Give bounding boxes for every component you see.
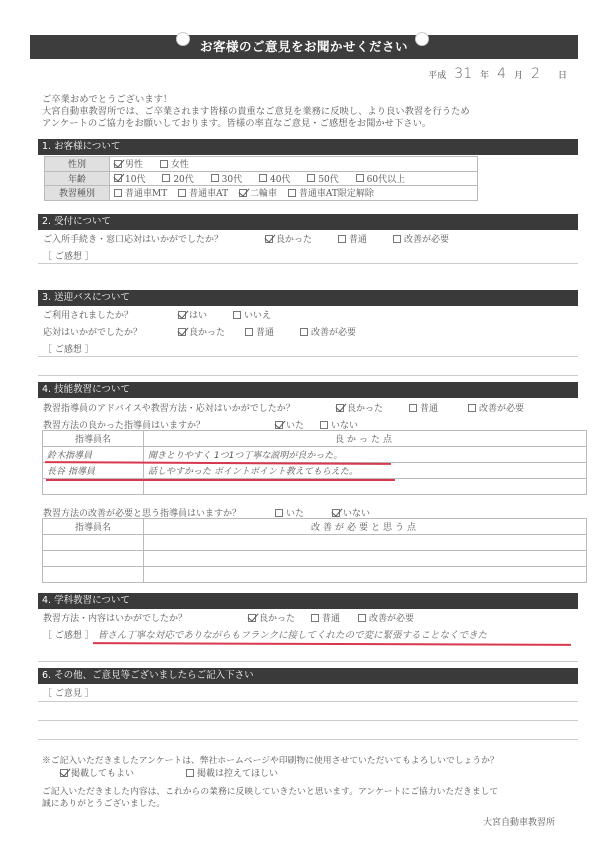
academic-question: 教習方法・内容はいかがでしたか？ xyxy=(43,611,248,624)
checkbox-icon xyxy=(358,614,366,622)
age-row: 年齢 10代 20代 30代 40代 50代 60代以上 xyxy=(45,171,478,186)
table-row xyxy=(43,535,587,551)
age-20s-checkbox[interactable]: 20代 xyxy=(162,172,193,185)
option-label: 改善が必要 xyxy=(479,401,524,414)
option-label: 普通 xyxy=(420,401,438,414)
improve-points-cell[interactable] xyxy=(144,535,587,551)
option-label: 60代以上 xyxy=(367,172,405,185)
improve-points-cell[interactable] xyxy=(144,567,587,583)
bus-usage-question: ご利用されましたか？ xyxy=(43,308,178,321)
instructor-name-header: 指導員名 xyxy=(43,519,144,535)
option-label: 普通 xyxy=(322,611,340,624)
good-points-cell[interactable]: 聞きとりやすく 1つ1つ丁寧な説明が良かった。 xyxy=(144,447,587,463)
closing-message: ご記入いただきました内容は、これからの業務に反映していきたいと思います。アンケー… xyxy=(42,786,498,810)
bus-usage-row: ご利用されましたか？ はい いいえ xyxy=(43,308,285,321)
section-header-academic-lessons: 4. 学科教習について xyxy=(38,593,578,609)
checkbox-icon xyxy=(311,614,319,622)
section-header-driving-lessons: 4. 技能教習について xyxy=(38,382,578,398)
checkbox-icon xyxy=(114,189,122,197)
comment-line xyxy=(38,356,578,357)
reception-question: ご入所手続き・窓口応対はいかがでしたか？ xyxy=(43,232,265,245)
improve-points-cell[interactable] xyxy=(144,551,587,567)
publish-allow-checkbox[interactable]: 掲載してもよい xyxy=(60,766,134,779)
red-highlight-underline xyxy=(46,479,395,481)
option-label: 改善が必要 xyxy=(311,325,356,338)
comment-line xyxy=(38,720,578,721)
bus-service-question: 応対はいかがでしたか？ xyxy=(43,325,178,338)
comment-line xyxy=(38,701,578,702)
option-label: 掲載は控えてほしい xyxy=(197,766,278,779)
option-label: 良かった xyxy=(347,401,383,414)
checkbox-icon xyxy=(288,189,296,197)
option-label: 良かった xyxy=(189,325,225,338)
section-header-shuttle-bus: 3. 送迎バスについて xyxy=(38,290,578,306)
option-label: 男性 xyxy=(125,157,143,170)
age-options: 10代 20代 30代 40代 50代 60代以上 xyxy=(110,171,478,186)
advice-improve-checkbox[interactable]: 改善が必要 xyxy=(468,401,524,414)
intro-text: ご卒業おめでとうございます！ 大宮自動車教習所では、ご卒業されます皆様の貴重なご… xyxy=(42,94,470,130)
academic-comment-row[interactable]: ［ ご感想 ］ 皆さん丁寧な対応でありながらもフランクに接してくれたので変に緊張… xyxy=(43,627,487,641)
intro-line: ご卒業おめでとうございます！ xyxy=(42,94,470,106)
option-label: 30代 xyxy=(222,172,242,185)
checkbox-icon xyxy=(307,174,315,182)
checkbox-icon xyxy=(186,769,194,777)
age-30s-checkbox[interactable]: 30代 xyxy=(211,172,242,185)
checkbox-icon xyxy=(233,311,241,319)
checkbox-icon xyxy=(468,404,476,412)
instructor-name-cell[interactable] xyxy=(43,567,144,583)
course-type-row: 教習種別 普通車MT 普通車AT 二輪車 普通車AT限定解除 xyxy=(45,186,478,201)
checkbox-icon xyxy=(409,404,417,412)
option-label: いいえ xyxy=(244,308,271,321)
reception-comment-row[interactable]: ［ ご感想 ］ xyxy=(43,249,94,262)
checkbox-checked-icon xyxy=(265,235,273,243)
checkbox-checked-icon xyxy=(178,328,186,336)
reception-improve-checkbox[interactable]: 改善が必要 xyxy=(393,232,449,245)
checkbox-icon xyxy=(162,174,170,182)
table-row: 長谷 指導員 話しやすかった ポイントポイント教えてもらえた。 xyxy=(43,463,587,479)
table-header-row: 指導員名 良かった点 xyxy=(43,431,587,447)
option-label: 掲載してもよい xyxy=(71,766,134,779)
good-points-cell[interactable]: 話しやすかった ポイントポイント教えてもらえた。 xyxy=(144,463,587,479)
survey-title-text: お客様のご意見をお聞かせください xyxy=(200,39,408,54)
section-header-reception: 2. 受付について xyxy=(38,214,578,230)
section-header-customer: 1. お客様について xyxy=(38,139,578,155)
closing-line: ご記入いただきました内容は、これからの業務に反映していきたいと思います。アンケー… xyxy=(42,786,498,798)
closing-line: 誠にありがとうございました。 xyxy=(42,798,498,810)
academic-normal-checkbox[interactable]: 普通 xyxy=(311,611,340,624)
comment-line xyxy=(38,263,578,264)
checkbox-checked-icon xyxy=(114,160,122,168)
course-at-checkbox[interactable]: 普通車AT xyxy=(178,186,228,199)
survey-title: お客様のご意見をお聞かせください xyxy=(30,35,578,59)
date-month-unit: 月 xyxy=(514,68,523,81)
course-at-limit-removal-checkbox[interactable]: 普通車AT限定解除 xyxy=(288,186,374,199)
comment-line xyxy=(38,375,578,376)
gender-row: 性別 男性 女性 xyxy=(45,157,478,172)
date-day-value[interactable]: 2 xyxy=(531,66,540,82)
checkbox-checked-icon xyxy=(178,311,186,319)
option-label: 普通車MT xyxy=(125,186,167,199)
checkbox-checked-icon xyxy=(60,769,68,777)
course-type-label: 教習種別 xyxy=(45,186,110,201)
option-label: 改善が必要 xyxy=(404,232,449,245)
option-label: 良かった xyxy=(259,611,295,624)
reception-good-checkbox[interactable]: 良かった xyxy=(265,232,312,245)
academic-comment-text[interactable]: 皆さん丁寧な対応でありながらもフランクに接してくれたので変に緊張することなくでき… xyxy=(98,627,487,641)
bus-good-checkbox[interactable]: 良かった xyxy=(178,325,225,338)
survey-date: 平成 31 年 4 月 2 日 xyxy=(428,66,567,82)
improve-instructor-table: 指導員名 改善が必要と思う点 xyxy=(42,518,587,583)
bus-normal-checkbox[interactable]: 普通 xyxy=(245,325,274,338)
section-header-other-comments: 6. その他、ご意見等ございましたらご記入下さい xyxy=(38,668,578,684)
age-40s-checkbox[interactable]: 40代 xyxy=(259,172,290,185)
option-label: 10代 xyxy=(125,172,145,185)
publish-decline-checkbox[interactable]: 掲載は控えてほしい xyxy=(186,766,278,779)
course-type-options: 普通車MT 普通車AT 二輪車 普通車AT限定解除 xyxy=(110,186,478,201)
instructor-name-cell[interactable]: 長谷 指導員 xyxy=(43,463,144,479)
checkbox-checked-icon xyxy=(336,404,344,412)
instructor-name-cell[interactable] xyxy=(43,551,144,567)
option-label: 普通車AT xyxy=(189,186,228,199)
checkbox-icon xyxy=(393,235,401,243)
checkbox-icon xyxy=(259,174,267,182)
checkbox-icon xyxy=(356,174,364,182)
academic-improve-checkbox[interactable]: 改善が必要 xyxy=(358,611,414,624)
gender-options: 男性 女性 xyxy=(110,157,478,172)
bus-yes-checkbox[interactable]: はい xyxy=(178,308,207,321)
table-row: 鈴木指導員 聞きとりやすく 1つ1つ丁寧な説明が良かった。 xyxy=(43,447,587,463)
option-label: 改善が必要 xyxy=(369,611,414,624)
instructor-name-cell[interactable]: 鈴木指導員 xyxy=(43,447,144,463)
bus-comment-label: ［ ご感想 ］ xyxy=(43,342,94,355)
age-10s-checkbox[interactable]: 10代 xyxy=(114,172,145,185)
instructor-name-header: 指導員名 xyxy=(43,431,144,447)
punch-hole-icon xyxy=(176,32,190,46)
other-comment-row[interactable]: ［ ご意見 ］ xyxy=(43,686,94,699)
checkbox-checked-icon xyxy=(114,174,122,182)
age-label: 年齢 xyxy=(45,171,110,186)
checkbox-icon xyxy=(338,235,346,243)
publish-consent-question: ※ご記入いただきましたアンケートは、弊社ホームページや印刷物に使用させていただい… xyxy=(42,753,499,766)
checkbox-checked-icon xyxy=(275,421,283,429)
option-label: 良かった xyxy=(276,232,312,245)
intro-line: 大宮自動車教習所では、ご卒業されます皆様の貴重なご意見を業務に反映し、より良い教… xyxy=(42,106,470,118)
bus-service-row: 応対はいかがでしたか？ 良かった 普通 改善が必要 xyxy=(43,325,370,338)
academic-good-checkbox[interactable]: 良かった xyxy=(248,611,295,624)
improve-points-header: 改善が必要と思う点 xyxy=(144,519,587,535)
customer-info-table: 性別 男性 女性 年齢 10代 20代 30代 40代 50代 60代以上 教習… xyxy=(44,156,478,201)
checkbox-icon xyxy=(160,160,168,168)
option-label: 20代 xyxy=(173,172,193,185)
bus-comment-row[interactable]: ［ ご感想 ］ xyxy=(43,342,94,355)
advice-good-checkbox[interactable]: 良かった xyxy=(336,401,383,414)
bus-improve-checkbox[interactable]: 改善が必要 xyxy=(300,325,356,338)
checkbox-icon xyxy=(245,328,253,336)
course-mt-checkbox[interactable]: 普通車MT xyxy=(114,186,167,199)
course-motorcycle-checkbox[interactable]: 二輪車 xyxy=(239,186,277,199)
option-label: 普通車AT限定解除 xyxy=(299,186,374,199)
table-row xyxy=(43,551,587,567)
bus-no-checkbox[interactable]: いいえ xyxy=(233,308,271,321)
other-comment-label: ［ ご意見 ］ xyxy=(43,686,94,699)
gender-female-checkbox[interactable]: 女性 xyxy=(160,157,189,170)
comment-line xyxy=(38,661,578,662)
organization-name: 大宮自動車教習所 xyxy=(483,815,555,828)
instructor-advice-question: 教習指導員のアドバイスや教習方法・応対はいかがでしたか？ xyxy=(43,401,336,414)
checkbox-checked-icon xyxy=(332,509,340,517)
option-label: 二輪車 xyxy=(250,186,277,199)
date-year-value[interactable]: 31 xyxy=(454,66,472,82)
option-label: 普通 xyxy=(256,325,274,338)
intro-line: アンケートのご協力をお願いしております。皆様の率直なご意見・ご感想をお聞かせ下さ… xyxy=(42,118,470,130)
option-label: 50代 xyxy=(318,172,338,185)
checkbox-icon xyxy=(211,174,219,182)
instructor-advice-row: 教習指導員のアドバイスや教習方法・応対はいかがでしたか？ 良かった 普通 改善が… xyxy=(43,401,538,414)
option-label: はい xyxy=(189,308,207,321)
advice-normal-checkbox[interactable]: 普通 xyxy=(409,401,438,414)
instructor-name-cell[interactable] xyxy=(43,535,144,551)
date-year-unit: 年 xyxy=(480,68,489,81)
gender-male-checkbox[interactable]: 男性 xyxy=(114,157,143,170)
table-row xyxy=(43,567,587,583)
checkbox-checked-icon xyxy=(248,614,256,622)
date-era: 平成 xyxy=(428,68,446,81)
age-60plus-checkbox[interactable]: 60代以上 xyxy=(356,172,405,185)
table-header-row: 指導員名 改善が必要と思う点 xyxy=(43,519,587,535)
age-50s-checkbox[interactable]: 50代 xyxy=(307,172,338,185)
checkbox-icon xyxy=(320,421,328,429)
good-points-header: 良かった点 xyxy=(144,431,587,447)
checkbox-icon xyxy=(300,328,308,336)
reception-normal-checkbox[interactable]: 普通 xyxy=(338,232,367,245)
academic-question-row: 教習方法・内容はいかがでしたか？ 良かった 普通 改善が必要 xyxy=(43,611,428,624)
red-highlight-underline xyxy=(93,642,571,646)
option-label: 40代 xyxy=(270,172,290,185)
publish-consent-options: 掲載してもよい 掲載は控えてほしい xyxy=(60,766,292,779)
checkbox-checked-icon xyxy=(239,189,247,197)
option-label: 普通 xyxy=(349,232,367,245)
gender-label: 性別 xyxy=(45,157,110,172)
reception-comment-label: ［ ご感想 ］ xyxy=(43,249,94,262)
academic-comment-label: ［ ご感想 ］ xyxy=(43,628,94,641)
checkbox-icon xyxy=(178,189,186,197)
comment-line xyxy=(38,739,578,740)
checkbox-icon xyxy=(275,509,283,517)
date-month-value[interactable]: 4 xyxy=(497,66,506,82)
option-label: 女性 xyxy=(171,157,189,170)
date-day-unit: 日 xyxy=(558,68,567,81)
reception-question-row: ご入所手続き・窓口応対はいかがでしたか？ 良かった 普通 改善が必要 xyxy=(43,232,463,245)
punch-hole-icon xyxy=(415,32,429,46)
